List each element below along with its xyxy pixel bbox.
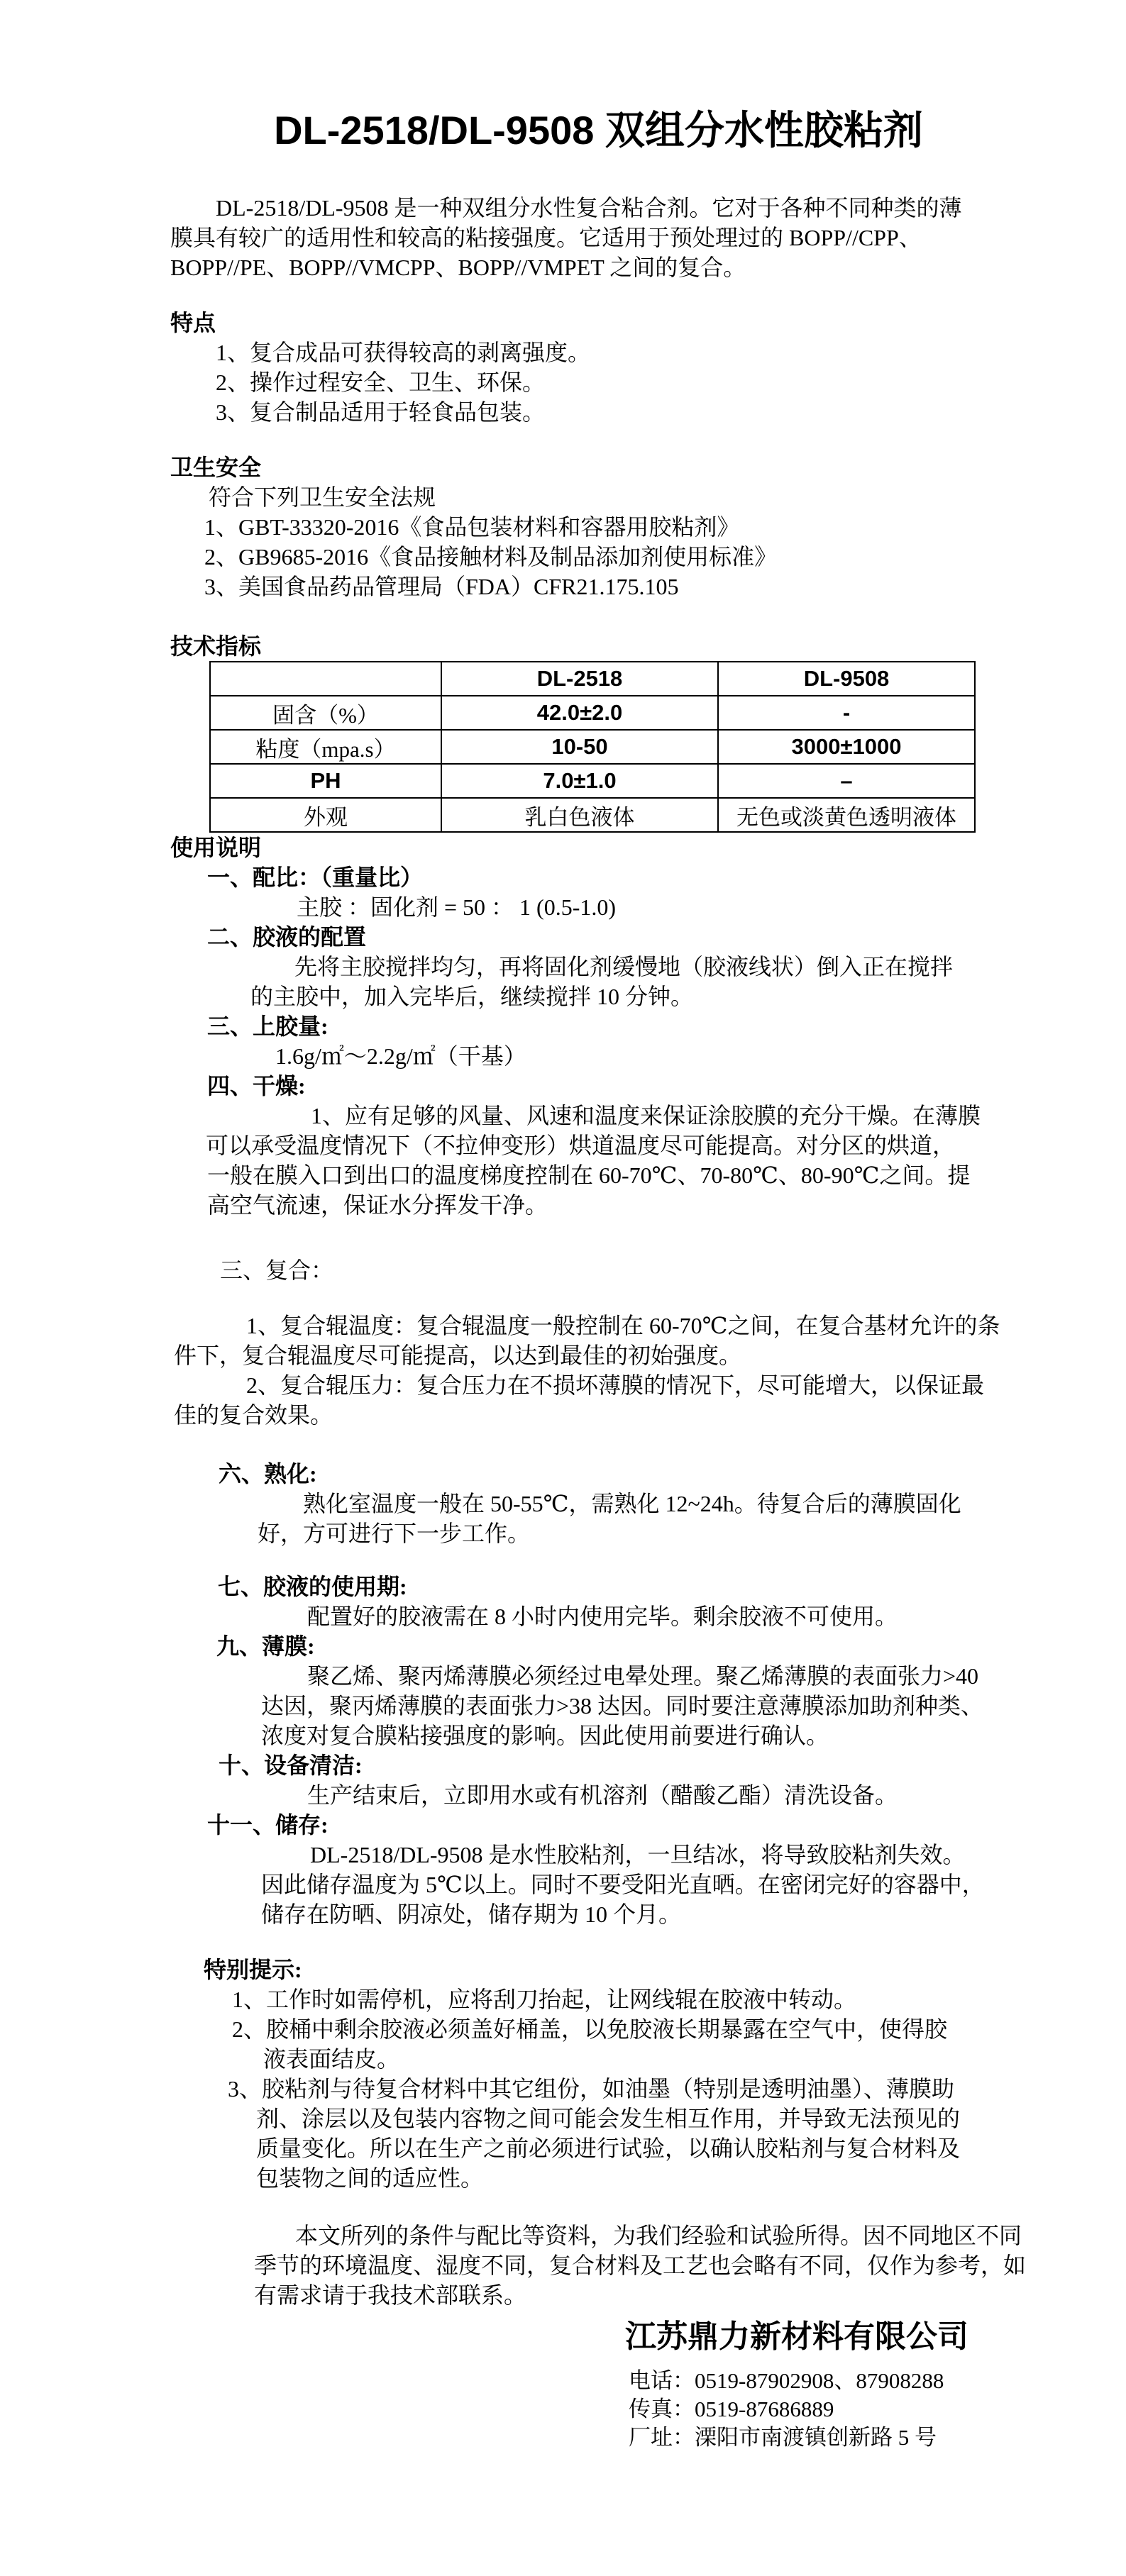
disclaimer-line: 本文所列的条件与配比等资料，为我们经验和试验所得。因不同地区不同 bbox=[170, 2221, 1027, 2250]
usage-laminating-heading: 三、复合： bbox=[170, 1255, 1027, 1285]
feature-item: 3、复合制品适用于轻食品包装。 bbox=[170, 397, 1027, 427]
usage-storage-heading: 十一、储存: bbox=[170, 1810, 1027, 1840]
fax-line: 传真：0519-87686889 bbox=[170, 2395, 1027, 2424]
usage-laminating-line: 2、复合辊压力：复合压力在不损坏薄膜的情况下，尽可能增大，以保证最 bbox=[170, 1370, 1027, 1400]
hygiene-item: 1、GBT-33320-2016《食品包装材料和容器用胶粘剂》 bbox=[170, 512, 1027, 542]
notice-line: 质量变化。所以在生产之前必须进行试验，以确认胶粘剂与复合材料及 bbox=[170, 2133, 1027, 2163]
usage-storage-line: 因此储存温度为 5℃以上。同时不要受阳光直晒。在密闭完好的容器中， bbox=[170, 1870, 1027, 1899]
usage-ratio-heading: 一、配比：（重量比） bbox=[170, 862, 1027, 892]
intro-line: BOPP//PE、BOPP//VMCPP、BOPP//VMPET 之间的复合。 bbox=[170, 252, 1027, 282]
usage-drying-line: 1、应有足够的风量、风速和温度来保证涂胶膜的充分干燥。在薄膜 bbox=[170, 1101, 1027, 1131]
notice-heading: 特别提示: bbox=[170, 1955, 1027, 1984]
usage-drying-heading: 四、干燥: bbox=[170, 1071, 1027, 1101]
spec-cell: 7.0±1.0 bbox=[441, 764, 718, 798]
spec-cell: 乳白色液体 bbox=[441, 798, 718, 832]
hygiene-intro: 符合下列卫生安全法规 bbox=[170, 482, 1027, 512]
hygiene-item: 2、GB9685-2016《食品接触材料及制品添加剂使用标准》 bbox=[170, 542, 1027, 572]
usage-curing-line: 好，方可进行下一步工作。 bbox=[170, 1519, 1027, 1548]
usage-mixing-line: 先将主胶搅拌均匀，再将固化剂缓慢地（胶液线状）倒入正在搅拌 bbox=[170, 952, 1027, 982]
usage-laminating-line: 件下，复合辊温度尽可能提高，以达到最佳的初始强度。 bbox=[170, 1340, 1027, 1370]
usage-ratio-value: 主胶 ：固化剂 = 50 ： 1 (0.5-1.0) bbox=[170, 892, 1027, 922]
usage-drying-line: 高空气流速，保证水分挥发干净。 bbox=[170, 1190, 1027, 1220]
usage-potlife-line: 配置好的胶液需在 8 小时内使用完毕。剩余胶液不可使用。 bbox=[170, 1601, 1027, 1631]
notice-line: 3、胶粘剂与待复合材料中其它组份，如油墨（特别是透明油墨）、薄膜助 bbox=[170, 2074, 1027, 2104]
usage-potlife-heading: 七、胶液的使用期: bbox=[170, 1572, 1027, 1601]
usage-film-line: 浓度对复合膜粘接强度的影响。因此使用前要进行确认。 bbox=[170, 1721, 1027, 1750]
usage-amount-heading: 三、上胶量: bbox=[170, 1011, 1027, 1041]
spec-col-header: DL-2518 bbox=[441, 662, 718, 696]
spec-col-header bbox=[210, 662, 441, 696]
disclaimer-line: 有需求请于我技术部联系。 bbox=[170, 2280, 1027, 2310]
page-title: DL-2518/DL-9508 双组分水性胶粘剂 bbox=[170, 108, 1027, 153]
usage-laminating-line: 1、复合辊温度：复合辊温度一般控制在 60-70℃之间，在复合基材允许的条 bbox=[170, 1311, 1027, 1340]
intro-paragraph: DL-2518/DL-9508 是一种双组分水性复合粘合剂。它对于各种不同种类的… bbox=[170, 193, 1027, 282]
spec-header-row: DL-2518 DL-9508 bbox=[210, 662, 975, 696]
usage-laminating-line: 佳的复合效果。 bbox=[170, 1400, 1027, 1430]
spec-cell: 3000±1000 bbox=[718, 730, 975, 764]
usage-curing-heading: 六、熟化: bbox=[170, 1459, 1027, 1489]
spec-cell: - bbox=[718, 696, 975, 730]
usage-heading: 使用说明 bbox=[170, 833, 1027, 862]
spec-col-header: DL-9508 bbox=[718, 662, 975, 696]
usage-storage-line: DL-2518/DL-9508 是水性胶粘剂，一旦结冰，将导致胶粘剂失效。 bbox=[170, 1840, 1027, 1870]
address-line: 厂址：溧阳市南渡镇创新路 5 号 bbox=[170, 2424, 1027, 2452]
spec-row: 固含（%） 42.0±2.0 - bbox=[210, 696, 975, 730]
features-heading: 特点 bbox=[170, 308, 1027, 338]
spec-row: PH 7.0±1.0 – bbox=[210, 764, 975, 798]
intro-line: DL-2518/DL-9508 是一种双组分水性复合粘合剂。它对于各种不同种类的… bbox=[170, 193, 1027, 223]
disclaimer-line: 季节的环境温度、湿度不同，复合材料及工艺也会略有不同，仅作为参考，如 bbox=[170, 2250, 1027, 2280]
notice-line: 2、胶桶中剩余胶液必须盖好桶盖，以免胶液长期暴露在空气中，使得胶 bbox=[170, 2014, 1027, 2044]
usage-cleaning-heading: 十、设备清洁: bbox=[170, 1750, 1027, 1780]
contact-block: 电话：0519-87902908、87908288 传真：0519-876868… bbox=[170, 2367, 1027, 2452]
spec-cell: 42.0±2.0 bbox=[441, 696, 718, 730]
notice-line: 剂、涂层以及包装内容物之间可能会发生相互作用，并导致无法预见的 bbox=[170, 2104, 1027, 2133]
company-name: 江苏鼎力新材料有限公司 bbox=[170, 2317, 1027, 2357]
spec-row-label: 外观 bbox=[210, 798, 441, 832]
usage-film-heading: 九、薄膜: bbox=[170, 1631, 1027, 1661]
usage-mixing-heading: 二、胶液的配置 bbox=[170, 922, 1027, 952]
usage-curing-line: 熟化室温度一般在 50-55℃，需熟化 12~24h。待复合后的薄膜固化 bbox=[170, 1489, 1027, 1519]
feature-item: 1、复合成品可获得较高的剥离强度。 bbox=[170, 338, 1027, 367]
phone-line: 电话：0519-87902908、87908288 bbox=[170, 2367, 1027, 2395]
spec-cell: 10-50 bbox=[441, 730, 718, 764]
notice-line: 包装物之间的适应性。 bbox=[170, 2163, 1027, 2193]
spec-cell: – bbox=[718, 764, 975, 798]
document-page: DL-2518/DL-9508 双组分水性胶粘剂 DL-2518/DL-9508… bbox=[0, 0, 1126, 2576]
spec-row: 外观 乳白色液体 无色或淡黄色透明液体 bbox=[210, 798, 975, 832]
spec-row-label: 固含（%） bbox=[210, 696, 441, 730]
feature-item: 2、操作过程安全、卫生、环保。 bbox=[170, 367, 1027, 397]
hygiene-item: 3、美国食品药品管理局（FDA）CFR21.175.105 bbox=[170, 572, 1027, 601]
usage-drying-line: 一般在膜入口到出口的温度梯度控制在 60-70℃、70-80℃、80-90℃之间… bbox=[170, 1160, 1027, 1190]
spec-row: 粘度（mpa.s） 10-50 3000±1000 bbox=[210, 730, 975, 764]
notice-line: 1、工作时如需停机，应将刮刀抬起，让网线辊在胶液中转动。 bbox=[170, 1984, 1027, 2014]
spec-cell: 无色或淡黄色透明液体 bbox=[718, 798, 975, 832]
usage-drying-line: 可以承受温度情况下（不拉伸变形）烘道温度尽可能提高。对分区的烘道， bbox=[170, 1131, 1027, 1160]
intro-line: 膜具有较广的适用性和较高的粘接强度。它适用于预处理过的 BOPP//CPP、 bbox=[170, 223, 1027, 252]
usage-film-line: 达因，聚丙烯薄膜的表面张力>38 达因。同时要注意薄膜添加助剂种类、 bbox=[170, 1691, 1027, 1721]
usage-mixing-line: 的主胶中，加入完毕后，继续搅拌 10 分钟。 bbox=[170, 982, 1027, 1011]
notice-line: 液表面结皮。 bbox=[170, 2044, 1027, 2074]
usage-storage-line: 储存在防晒、阴凉处，储存期为 10 个月。 bbox=[170, 1899, 1027, 1929]
tech-heading: 技术指标 bbox=[170, 631, 1027, 661]
usage-cleaning-line: 生产结束后，立即用水或有机溶剂（醋酸乙酯）清洗设备。 bbox=[170, 1780, 1027, 1810]
usage-film-line: 聚乙烯、聚丙烯薄膜必须经过电晕处理。聚乙烯薄膜的表面张力>40 bbox=[170, 1661, 1027, 1691]
spec-row-label: PH bbox=[210, 764, 441, 798]
spec-row-label: 粘度（mpa.s） bbox=[210, 730, 441, 764]
usage-amount-value: 1.6g/㎡～2.2g/㎡（干基） bbox=[170, 1041, 1027, 1071]
hygiene-heading: 卫生安全 bbox=[170, 453, 1027, 482]
spec-table: DL-2518 DL-9508 固含（%） 42.0±2.0 - 粘度（mpa.… bbox=[209, 661, 976, 833]
